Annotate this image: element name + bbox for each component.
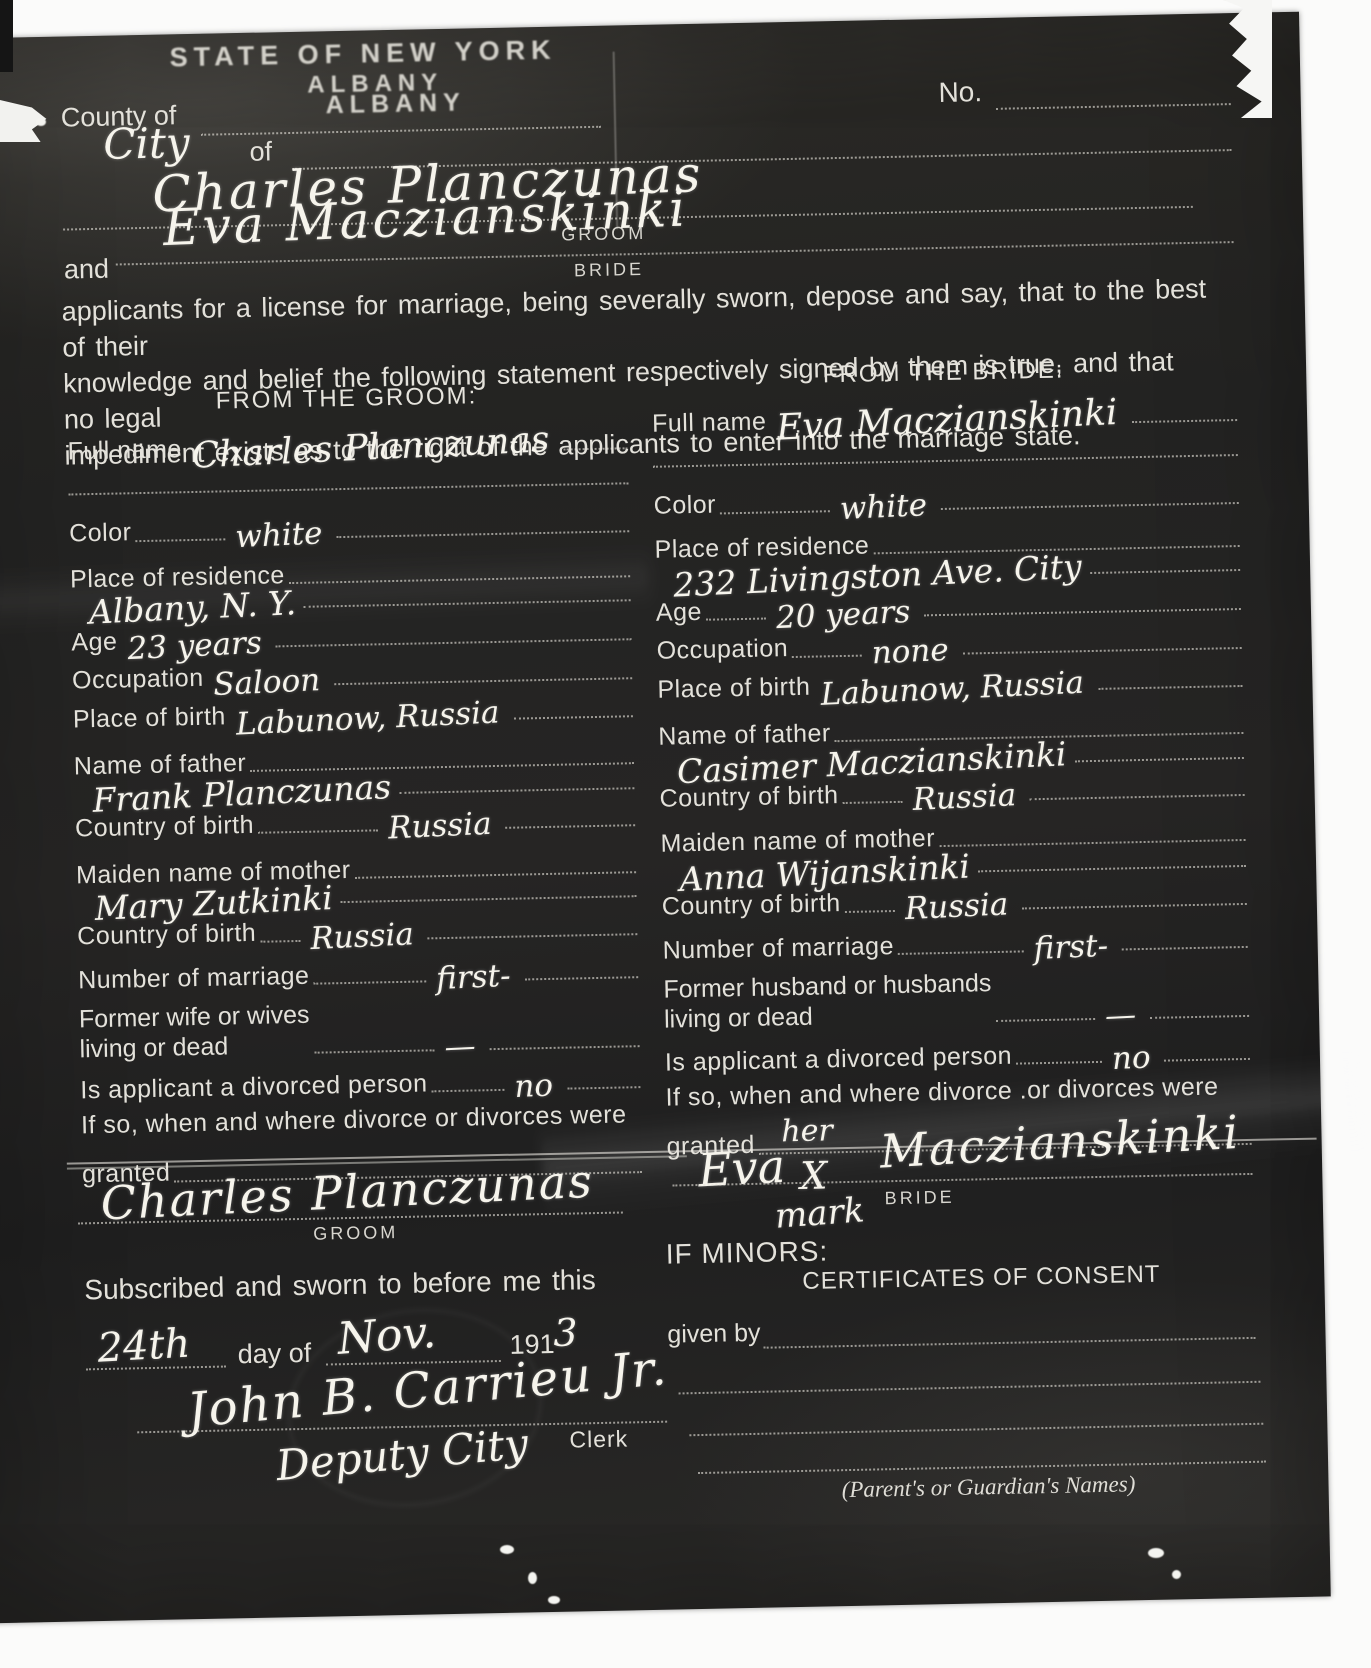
dotted-line [720, 510, 830, 514]
groom-mother-value-row: Mary Zutkinki [76, 882, 636, 916]
field-value-handwritten: 20 years [765, 599, 920, 631]
field-value-handwritten: — [1095, 1002, 1147, 1029]
dotted-line [764, 1337, 1256, 1349]
dotted-line [1164, 1058, 1250, 1062]
bride-divorce-where-row: If so, when and where divorce .or divorc… [665, 1071, 1251, 1114]
field-value-handwritten: Labunow, Russia [810, 670, 1094, 708]
damage-speck [1148, 1548, 1164, 1558]
dotted-line [355, 871, 636, 879]
bride-color-row: Color white [653, 479, 1239, 522]
dotted-line [314, 980, 427, 984]
bride-column: FROM THE BRIDE: Full name Eva Maczianski… [651, 353, 1252, 1163]
dotted-line [489, 1045, 639, 1050]
dotted-line [337, 530, 630, 538]
field-label: If so, when and where divorce .or divorc… [665, 1072, 1218, 1114]
dotted-line [335, 677, 633, 685]
dotted-line [792, 654, 862, 657]
dotted-line [525, 976, 638, 980]
dotted-line [1030, 794, 1245, 800]
field-value-handwritten: Russia [300, 922, 425, 952]
dotted-line [304, 599, 631, 608]
groom-former-spouse-row: Former wife or wives living or dead — [79, 993, 640, 1065]
dotted-line [1075, 756, 1244, 761]
field-value-handwritten: none [862, 637, 960, 666]
dotted-line [653, 454, 1238, 468]
albany-stamp-county: ALBANY [325, 88, 466, 120]
dotted-line [679, 1381, 1261, 1395]
x-mark: X [800, 1153, 828, 1198]
given-by-label: given by [667, 1319, 761, 1350]
dotted-line [706, 618, 766, 621]
field-value-handwritten: 23 years [117, 630, 272, 662]
field-value-handwritten: white [225, 521, 333, 551]
her-mark-word: her [781, 1113, 833, 1149]
groom-birthplace-row: Place of birth Labunow, Russia [73, 693, 634, 735]
field-label: Occupation [72, 663, 204, 697]
field-label: Color [69, 518, 132, 550]
field-label: Number of marriage [78, 960, 310, 996]
mark-word: mark [774, 1190, 866, 1236]
certificates-subtitle: CERTIFICATES OF CONSENT [802, 1261, 1161, 1296]
dotted-line [941, 502, 1239, 510]
dotted-line [506, 824, 636, 829]
damage-speck [1172, 1570, 1181, 1579]
blank-row [653, 454, 1238, 475]
damage-speck [528, 1572, 537, 1584]
film-edge-bar [0, 0, 13, 72]
groom-residence-value-row: Albany, N. Y. [70, 586, 630, 620]
groom-divorce-where-row: If so, when and where divorce or divorce… [81, 1099, 642, 1141]
field-value-handwritten: Labunow, Russia [225, 700, 509, 738]
dotted-line [996, 1018, 1095, 1022]
dotted-line [1122, 946, 1248, 951]
dotted-line [258, 829, 378, 833]
bride-mother-value-row: Anna Wijanskinki [661, 852, 1246, 886]
bride-marriage-number-row: Number of marriage first- [662, 924, 1248, 967]
dotted-line [567, 1086, 640, 1089]
field-label-line1: Former wife or wives [79, 1000, 310, 1035]
dotted-line [845, 910, 895, 913]
bride-full-name-row: Full name Eva Maczianskinki [652, 397, 1238, 440]
clerk-label: Clerk [569, 1425, 628, 1453]
dotted-line [1022, 903, 1247, 910]
no-label: No. [938, 76, 982, 109]
field-value-handwritten: first- [426, 963, 521, 992]
field-label: Is applicant a divorced person [665, 1041, 1013, 1079]
damage-speck [500, 1545, 514, 1554]
photostat-document: STATE OF NEW YORK ALBANY County of ALBAN… [0, 12, 1331, 1624]
damage-speck [36, 118, 46, 126]
field-label: Place of birth [73, 701, 227, 735]
field-value-handwritten: Mary Zutkinki [76, 885, 341, 924]
field-label: Former wife or wives living or dead [79, 1000, 311, 1066]
sworn-statement: Subscribed and sworn to before me this [84, 1264, 596, 1306]
field-label: Former husband or husbands living or dea… [663, 968, 992, 1036]
dotted-line [924, 608, 1241, 616]
field-label: If so, when and where divorce or divorce… [81, 1100, 627, 1142]
dotted-line [1150, 1015, 1249, 1019]
bride-caption: BRIDE [574, 259, 644, 281]
groom-color-row: Color white [69, 508, 630, 550]
damage-speck [548, 1596, 560, 1604]
blank-row [68, 483, 628, 503]
dotted-line [1098, 685, 1242, 690]
field-value-handwritten: Russia [378, 811, 503, 841]
dotted-line [898, 950, 1024, 955]
dotted-line [432, 1089, 505, 1092]
field-value-handwritten: Eva Maczianskinki [766, 399, 1128, 444]
and-label: and [64, 254, 110, 286]
field-value-handwritten: Russia [894, 892, 1019, 922]
groom-marriage-number-row: Number of marriage first- [78, 954, 639, 996]
bride-signature-caption: BRIDE [884, 1187, 954, 1209]
day-value: 24th [96, 1321, 191, 1372]
dotted-line [68, 483, 628, 496]
field-label-line2: living or dead [664, 999, 993, 1036]
dotted-line [136, 538, 226, 542]
field-label: Full name [67, 434, 182, 468]
field-value-handwritten: no [504, 1073, 564, 1100]
parents-guardians-footnote: (Parent's or Guardian's Names) [748, 1469, 1228, 1505]
field-label: Age [71, 627, 118, 659]
dotted-line [289, 575, 630, 584]
field-value-handwritten: white [830, 492, 938, 522]
field-label: Place of birth [657, 671, 811, 705]
field-label: Occupation [656, 633, 788, 667]
field-value-handwritten: Russia [902, 783, 1027, 813]
dotted-line [341, 896, 637, 904]
dotted-line [1016, 1061, 1102, 1065]
bride-occupation-row: Occupation none [656, 624, 1242, 667]
field-label-line2: living or dead [79, 1030, 310, 1065]
bride-former-spouse-row: Former husband or husbands living or dea… [663, 963, 1249, 1036]
field-value-handwritten: — [434, 1034, 486, 1061]
field-label: Is applicant a divorced person [80, 1068, 428, 1106]
dotted-line [843, 801, 903, 804]
dotted-line [996, 103, 1231, 110]
bride-father-value-row: Casimer Maczianskinki [659, 743, 1244, 777]
dotted-line [314, 1049, 434, 1053]
dotted-line [939, 839, 1245, 847]
field-value-handwritten: Albany, N. Y. [70, 590, 304, 627]
month-value: Nov. [336, 1307, 438, 1365]
bride-signature-first: Eva [697, 1139, 787, 1198]
groom-column: FROM THE GROOM: Full name Charles Plancz… [66, 379, 642, 1191]
dotted-line [978, 865, 1246, 872]
dotted-line [963, 647, 1242, 655]
dotted-line [260, 940, 300, 943]
groom-signature-caption: GROOM [313, 1222, 398, 1245]
field-value-handwritten: Charles Planczunas [181, 426, 560, 472]
dotted-line [276, 639, 632, 648]
dotted-line [564, 448, 628, 451]
dotted-line [689, 1423, 1263, 1437]
dotted-line [1090, 569, 1240, 574]
field-label: Color [653, 490, 716, 522]
state-stamp: STATE OF NEW YORK [169, 36, 480, 73]
field-value-handwritten: no [1101, 1045, 1161, 1072]
bride-birthplace-row: Place of birth Labunow, Russia [657, 663, 1243, 706]
field-label: Full name [652, 406, 767, 440]
groom-full-name-row: Full name Charles Planczunas [67, 425, 628, 467]
groom-father-value-row: Frank Planczunas [74, 773, 634, 807]
day-of-label: day of [237, 1338, 311, 1370]
dotted-line [428, 933, 638, 939]
field-label: Number of marriage [662, 931, 894, 967]
if-minors-title: IF MINORS: [665, 1235, 828, 1270]
dotted-line [201, 126, 601, 136]
field-value-handwritten: Saloon [203, 667, 331, 698]
field-value-handwritten: first- [1023, 933, 1118, 962]
city-handwritten: City [103, 118, 190, 169]
dotted-line [1132, 419, 1237, 423]
dotted-line [513, 715, 633, 719]
dotted-line [399, 787, 634, 794]
